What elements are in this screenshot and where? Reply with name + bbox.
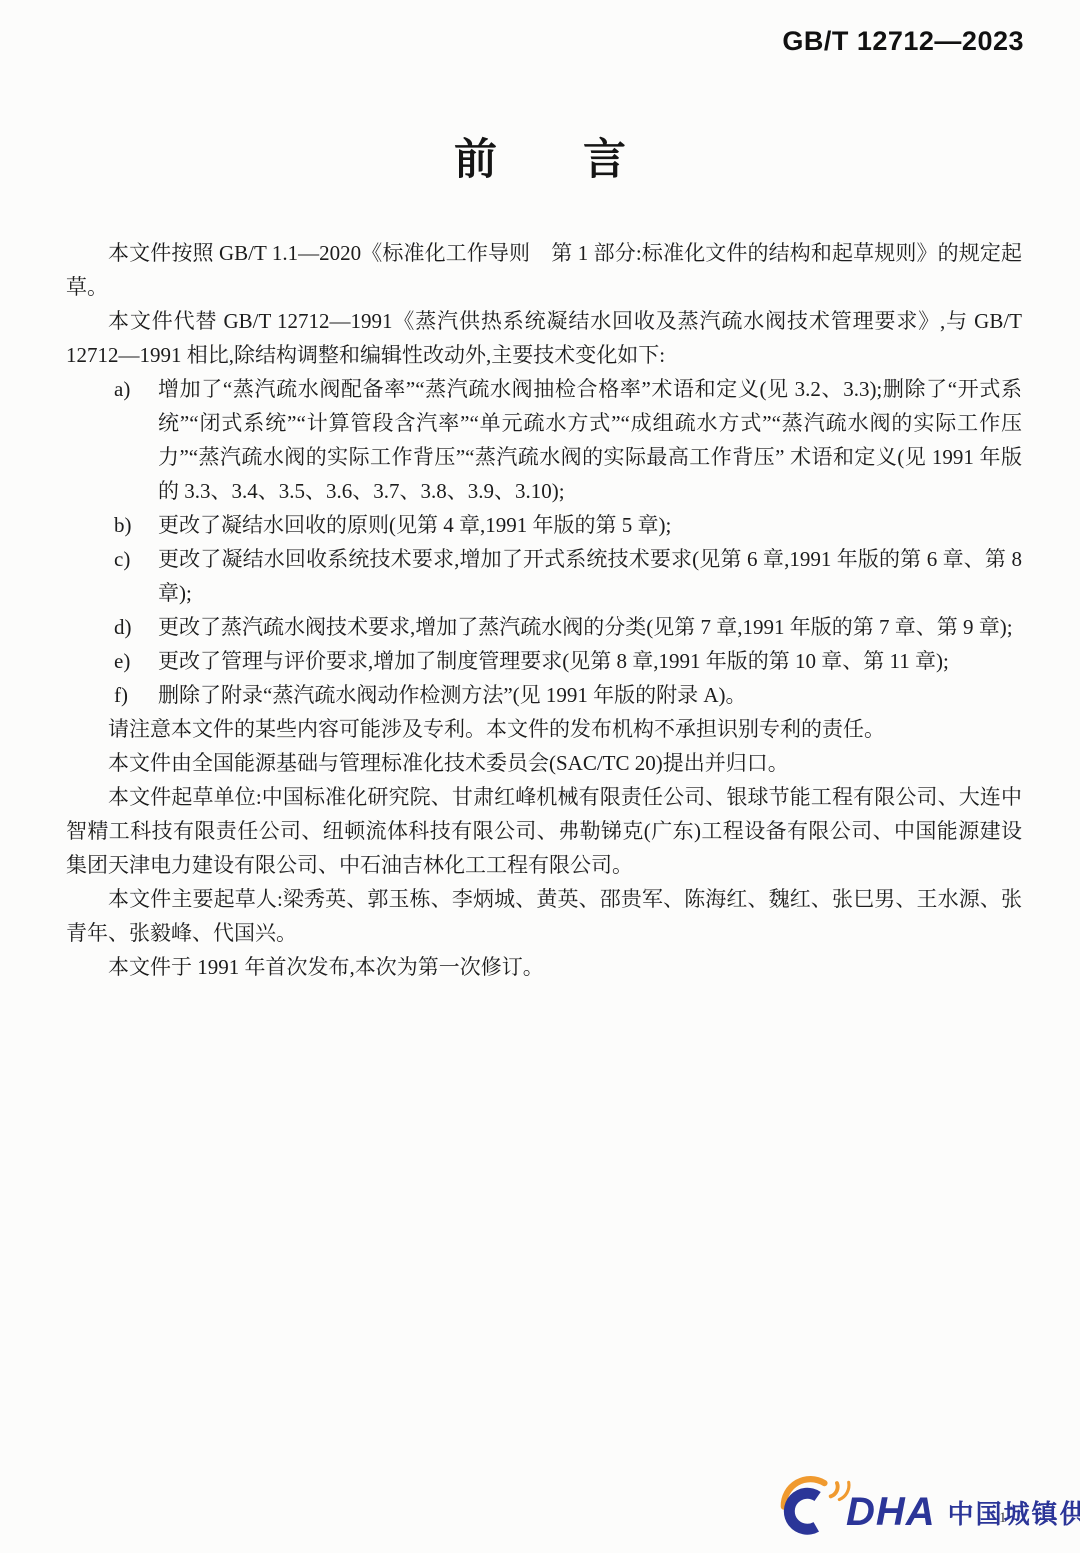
cdha-logo-acronym: DHA [846, 1490, 936, 1535]
list-item-text: 更改了蒸汽疏水阀技术要求,增加了蒸汽疏水阀的分类(见第 7 章,1991 年版的… [158, 615, 1013, 639]
page-title: 前 言 [0, 126, 1080, 187]
standard-code: GB/T 12712—2023 [782, 26, 1024, 57]
paragraph-revision-history: 本文件于 1991 年首次发布,本次为第一次修订。 [66, 950, 1022, 984]
list-item-text: 更改了凝结水回收系统技术要求,增加了开式系统技术要求(见第 6 章,1991 年… [158, 547, 1022, 605]
list-item: e) 更改了管理与评价要求,增加了制度管理要求(见第 8 章,1991 年版的第… [66, 644, 1022, 678]
list-marker: c) [114, 542, 130, 576]
foreword-body: 本文件按照 GB/T 1.1—2020《标准化工作导则 第 1 部分:标准化文件… [66, 236, 1022, 984]
cdha-association-logo: DHA 中国城镇供热协会 [776, 1466, 1080, 1544]
changes-list: a) 增加了“蒸汽疏水阀配备率”“蒸汽疏水阀抽检合格率”术语和定义(见 3.2、… [66, 372, 1022, 712]
paragraph-basis: 本文件按照 GB/T 1.1—2020《标准化工作导则 第 1 部分:标准化文件… [66, 236, 1022, 304]
list-item-text: 更改了凝结水回收的原则(见第 4 章,1991 年版的第 5 章); [158, 513, 671, 537]
paragraph-patent-notice: 请注意本文件的某些内容可能涉及专利。本文件的发布机构不承担识别专利的责任。 [66, 712, 1022, 746]
list-marker: a) [114, 372, 130, 406]
list-marker: e) [114, 644, 130, 678]
list-item: c) 更改了凝结水回收系统技术要求,增加了开式系统技术要求(见第 6 章,199… [66, 542, 1022, 610]
cdha-logo-name: 中国城镇供热协会 [948, 1494, 1080, 1531]
document-page: GB/T 12712—2023 前 言 本文件按照 GB/T 1.1—2020《… [0, 0, 1080, 1553]
paragraph-drafting-organizations: 本文件起草单位:中国标准化研究院、甘肃红峰机械有限责任公司、银球节能工程有限公司… [66, 780, 1022, 882]
paragraph-committee: 本文件由全国能源基础与管理标准化技术委员会(SAC/TC 20)提出并归口。 [66, 746, 1022, 780]
list-item: d) 更改了蒸汽疏水阀技术要求,增加了蒸汽疏水阀的分类(见第 7 章,1991 … [66, 610, 1022, 644]
paragraph-replacement: 本文件代替 GB/T 12712—1991《蒸汽供热系统凝结水回收及蒸汽疏水阀技… [66, 304, 1022, 372]
list-marker: b) [114, 508, 132, 542]
page-number: 1 [999, 1510, 1007, 1527]
list-marker: f) [114, 678, 128, 712]
list-marker: d) [114, 610, 132, 644]
list-item: b) 更改了凝结水回收的原则(见第 4 章,1991 年版的第 5 章); [66, 508, 1022, 542]
list-item: f) 删除了附录“蒸汽疏水阀动作检测方法”(见 1991 年版的附录 A)。 [66, 678, 1022, 712]
list-item-text: 增加了“蒸汽疏水阀配备率”“蒸汽疏水阀抽检合格率”术语和定义(见 3.2、3.3… [158, 377, 1022, 503]
list-item: a) 增加了“蒸汽疏水阀配备率”“蒸汽疏水阀抽检合格率”术语和定义(见 3.2、… [66, 372, 1022, 508]
list-item-text: 更改了管理与评价要求,增加了制度管理要求(见第 8 章,1991 年版的第 10… [158, 649, 949, 673]
list-item-text: 删除了附录“蒸汽疏水阀动作检测方法”(见 1991 年版的附录 A)。 [158, 683, 747, 707]
paragraph-drafters: 本文件主要起草人:梁秀英、郭玉栋、李炳城、黄英、邵贵军、陈海红、魏红、张巳男、王… [66, 882, 1022, 950]
